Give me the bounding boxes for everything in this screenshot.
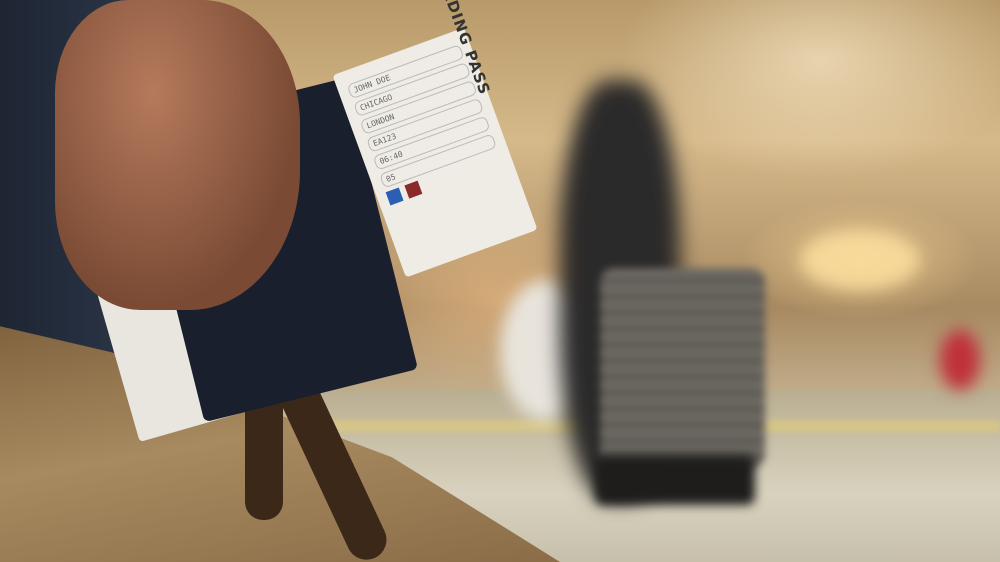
suitcase-wheels [595,455,755,505]
blue-swatch [386,187,404,205]
light-bokeh [800,230,920,290]
rolling-suitcase [600,268,765,468]
red-swatch [404,181,422,199]
red-bokeh [940,330,980,390]
hand [55,0,300,310]
